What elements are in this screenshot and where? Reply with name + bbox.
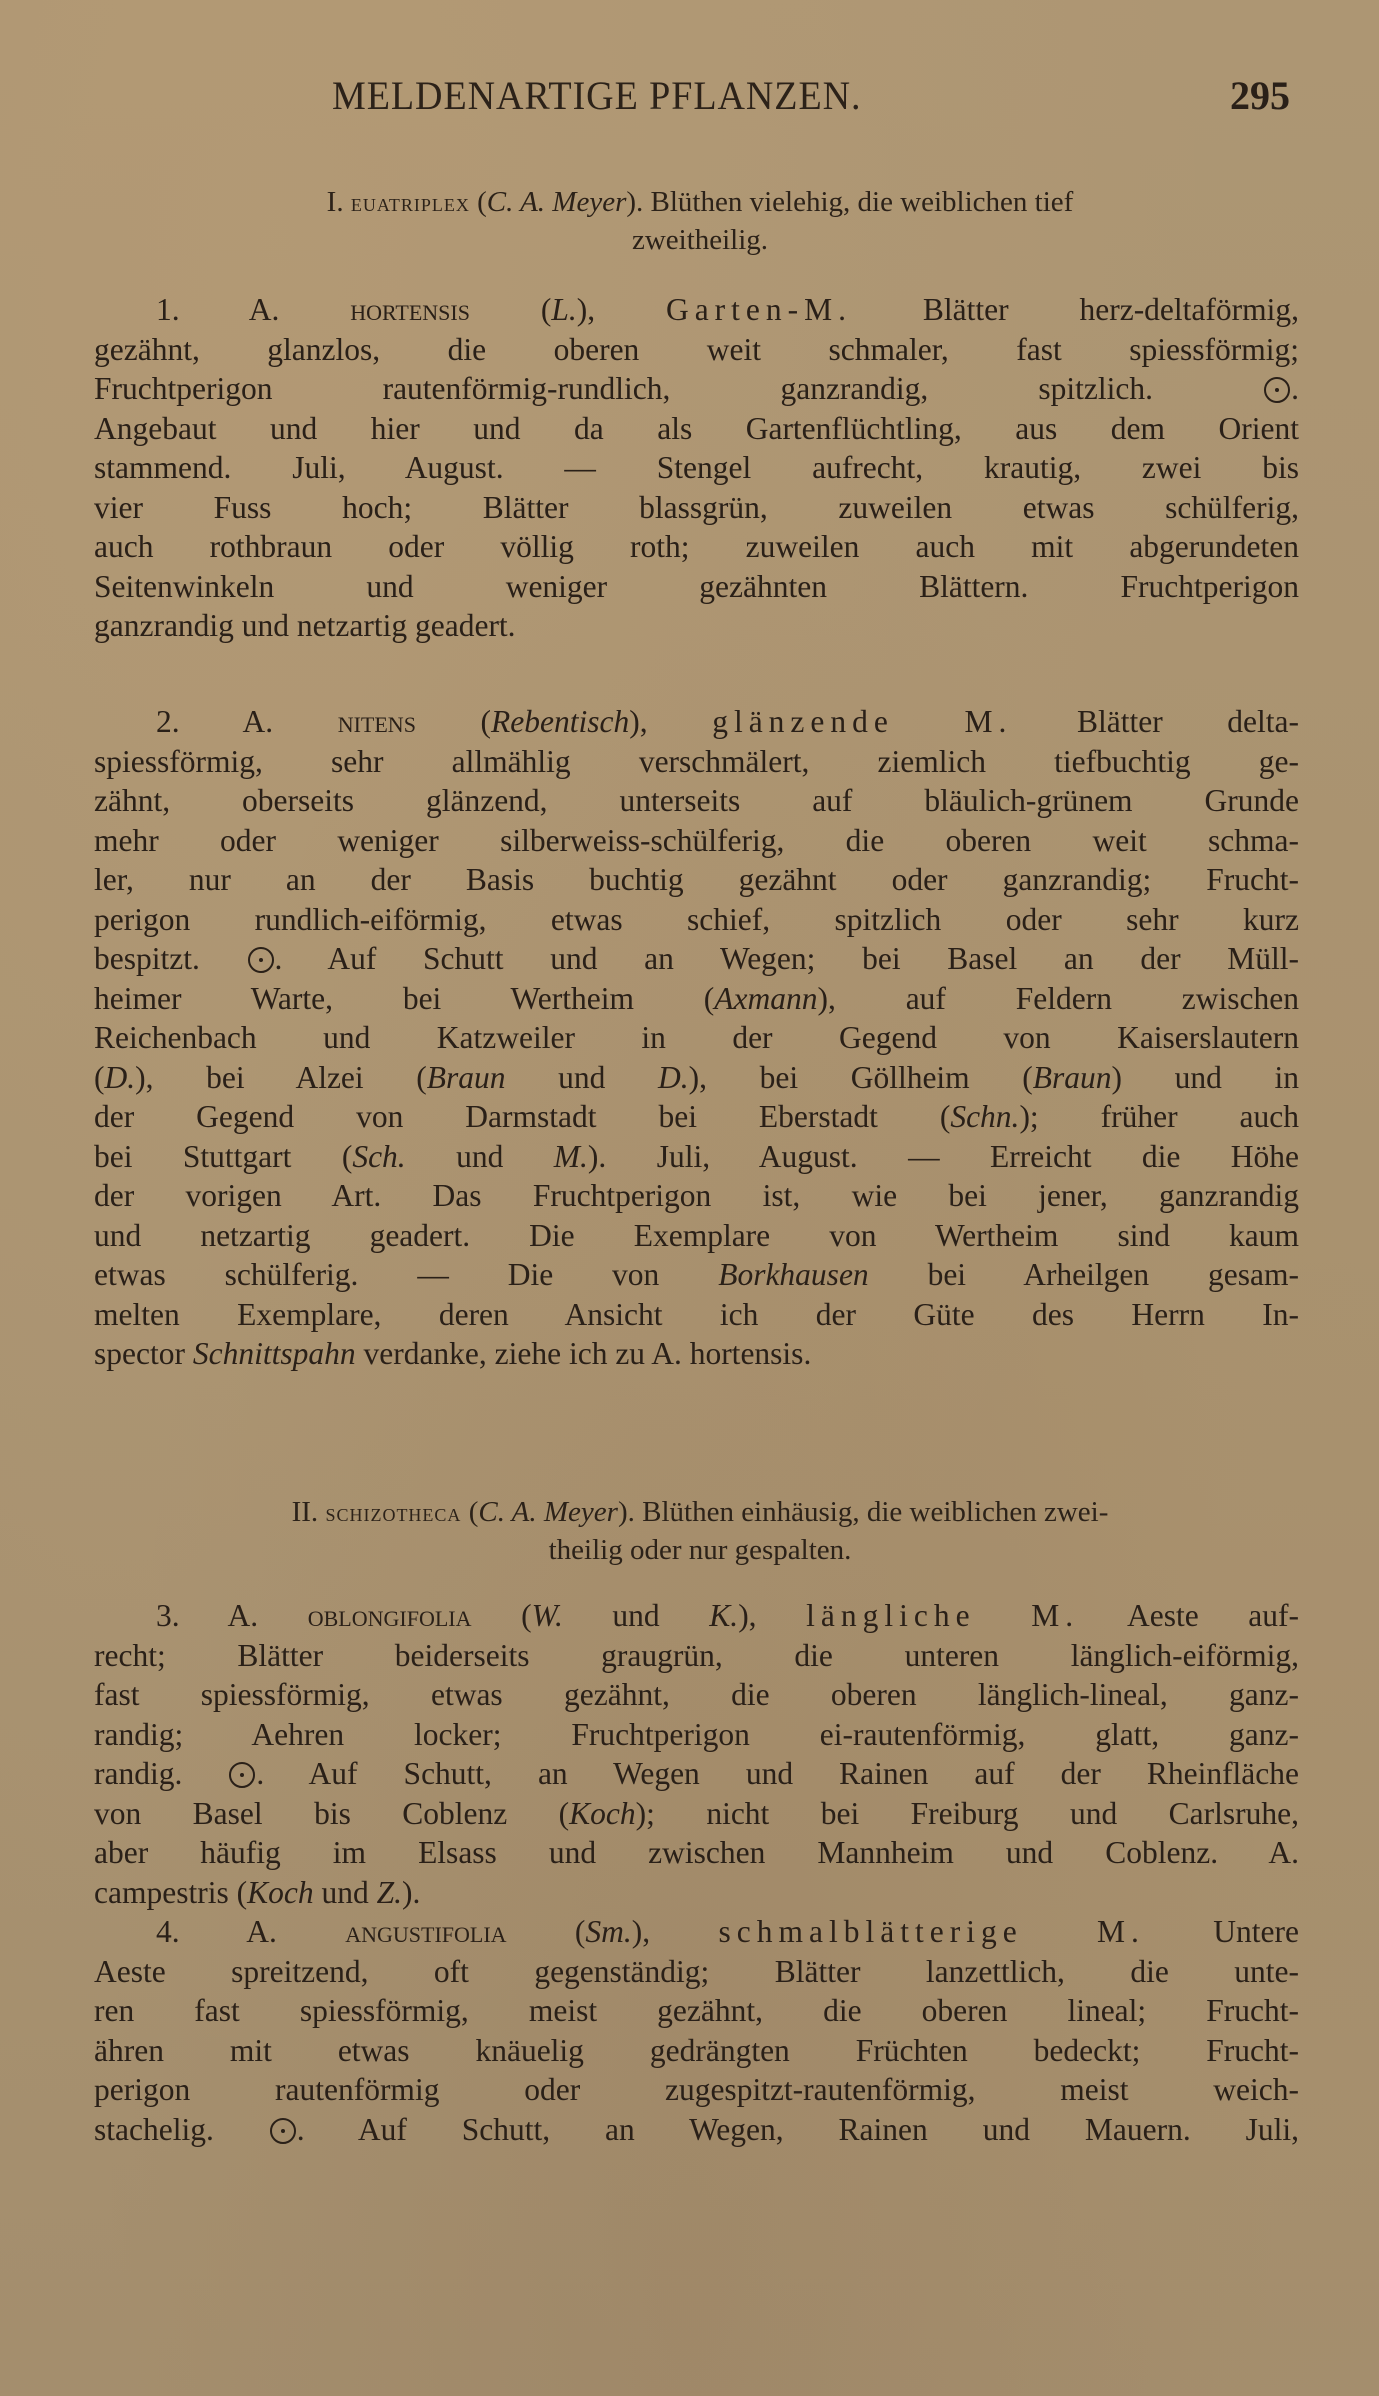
running-title: MELDENARTIGE PFLANZEN. [332, 72, 861, 119]
section-numeral: II. [292, 1496, 319, 1528]
species-number: 2. A. [156, 704, 273, 739]
section-description-cont: theilig oder nur gespalten. [100, 1532, 1300, 1568]
species-author: Sm. [585, 1914, 631, 1949]
section-numeral: I. [327, 186, 344, 218]
section-heading-euatriplex: I. euatriplex (C. A. Meyer). Blüthen vie… [100, 184, 1300, 258]
section-author: C. A. Meyer [487, 186, 627, 218]
species-author: L. [551, 292, 576, 327]
species-number: 4. A. [156, 1914, 277, 1949]
species-author: Rebentisch [491, 704, 629, 739]
section-name: euatriplex [351, 190, 470, 217]
species-name: angustifolia [345, 1914, 506, 1949]
section-description-cont: zweitheilig. [100, 222, 1300, 258]
section-heading-schizotheca: II. schizotheca (C. A. Meyer). Blüthen e… [100, 1494, 1300, 1568]
section-description: ). Blüthen vielehig, die weiblichen tief [626, 186, 1073, 218]
section-author: C. A. Meyer [478, 1496, 618, 1528]
annual-plant-icon [248, 947, 274, 973]
section-description: ). Blüthen einhäusig, die weiblichen zwe… [618, 1496, 1108, 1528]
species-number: 3. A. [156, 1598, 258, 1633]
running-head: MELDENARTIGE PFLANZEN. 295 [330, 72, 1290, 128]
common-name: Garten-M. [666, 292, 852, 327]
species-entry-hortensis: 1. A. hortensis (L.), Garten-M. Blätter … [94, 290, 1299, 646]
species-number: 1. A. [156, 292, 279, 327]
annual-plant-icon [270, 2118, 296, 2144]
annual-plant-icon [229, 1762, 255, 1788]
species-name: hortensis [350, 292, 470, 327]
species-entry-oblongifolia: 3. A. oblongifolia (W. und K.), länglich… [94, 1596, 1299, 1912]
annual-plant-icon [1264, 377, 1290, 403]
species-author: W. [532, 1598, 563, 1633]
common-name: längliche M. [806, 1598, 1079, 1633]
page-number: 295 [1230, 72, 1290, 119]
species-entry-nitens: 2. A. nitens (Rebentisch), glänzende M. … [94, 702, 1299, 1374]
species-entry-angustifolia: 4. A. angustifolia (Sm.), schmalblätteri… [94, 1912, 1299, 2149]
section-name: schizotheca [325, 1500, 461, 1527]
species-name: oblongifolia [308, 1598, 472, 1633]
common-name: glänzende M. [712, 704, 1012, 739]
book-page: MELDENARTIGE PFLANZEN. 295 I. euatriplex… [0, 0, 1379, 2396]
species-name: nitens [338, 704, 416, 739]
common-name: schmalblätterige M. [719, 1914, 1145, 1949]
